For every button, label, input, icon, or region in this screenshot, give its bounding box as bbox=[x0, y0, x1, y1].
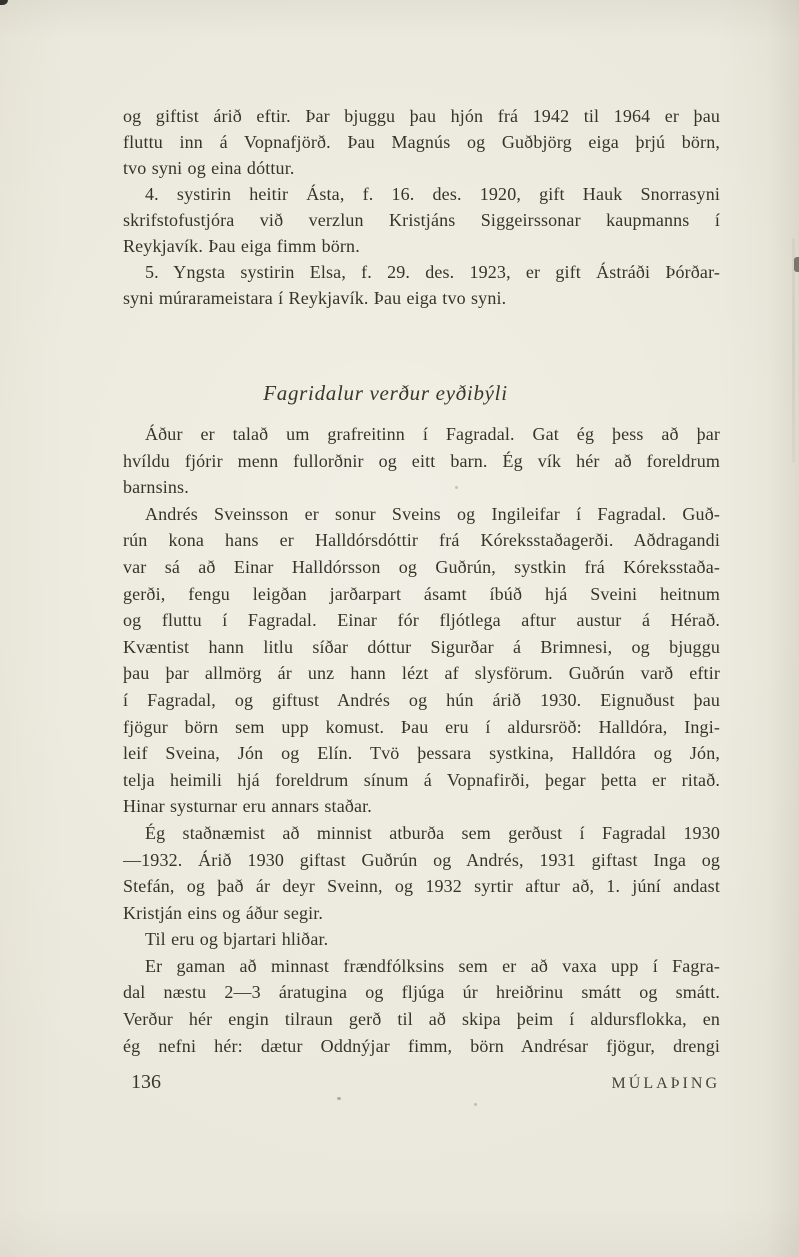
text-line: rún kona hans er Halldórsdóttir frá Kóre… bbox=[123, 527, 720, 554]
text-section-fagridalur: Áður er talað um grafreitinn í Fagradal.… bbox=[123, 421, 720, 1059]
scan-speck bbox=[455, 486, 458, 489]
text-line: Kvæntist hann litlu síðar dóttur Sigurða… bbox=[123, 634, 720, 661]
text-line: Ég staðnæmist að minnist atburða sem ger… bbox=[123, 820, 720, 847]
journal-title: MÚLAÞING bbox=[612, 1075, 720, 1093]
text-line: telja heimili hjá foreldrum sínum á Vopn… bbox=[123, 767, 720, 794]
text-line: dal næstu 2—3 áratugina og fljúga úr hre… bbox=[123, 979, 720, 1006]
text-section-continued: og giftist árið eftir. Þar bjuggu þau hj… bbox=[123, 103, 720, 311]
text-line: og fluttu í Fagradal. Einar fór fljótleg… bbox=[123, 607, 720, 634]
page-number: 136 bbox=[131, 1071, 161, 1094]
text-line: Reykjavík. Þau eiga fimm börn. bbox=[123, 233, 720, 259]
section-heading: Fagridalur verður eyðibýli bbox=[123, 381, 648, 406]
text-line: var sá að Einar Halldórsson og Guðrún, s… bbox=[123, 554, 720, 581]
text-line: Verður hér engin tilraun gerð til að ski… bbox=[123, 1006, 720, 1033]
text-line: leif Sveina, Jón og Elín. Tvö þessara sy… bbox=[123, 740, 720, 767]
text-line: tvo syni og eina dóttur. bbox=[123, 155, 720, 181]
scan-corner-artifact bbox=[0, 0, 8, 5]
text-line: —1932. Árið 1930 giftast Guðrún og André… bbox=[123, 847, 720, 874]
text-line: Stefán, og það ár deyr Sveinn, og 1932 s… bbox=[123, 873, 720, 900]
text-line: 5. Yngsta systirin Elsa, f. 29. des. 192… bbox=[123, 259, 720, 285]
book-page: og giftist árið eftir. Þar bjuggu þau hj… bbox=[0, 0, 799, 1257]
text-line: ég nefni hér: dætur Oddnýjar fimm, börn … bbox=[123, 1033, 720, 1060]
scan-speck bbox=[337, 1097, 341, 1100]
text-line: gerði, fengu leigðan jarðarpart ásamt íb… bbox=[123, 581, 720, 608]
scan-edge-band-artifact bbox=[792, 238, 795, 463]
text-line: Kristján eins og áður segir. bbox=[123, 900, 720, 927]
text-line: og giftist árið eftir. Þar bjuggu þau hj… bbox=[123, 103, 720, 129]
text-line: Andrés Sveinsson er sonur Sveins og Ingi… bbox=[123, 501, 720, 528]
text-line: Til eru og bjartari hliðar. bbox=[123, 926, 720, 953]
text-line: fluttu inn á Vopnafjörð. Þau Magnús og G… bbox=[123, 129, 720, 155]
text-line: syni múrarameistara í Reykjavík. Þau eig… bbox=[123, 285, 720, 311]
text-line: Áður er talað um grafreitinn í Fagradal.… bbox=[123, 421, 720, 448]
scan-speck bbox=[474, 1103, 477, 1106]
page-footer: 136 MÚLAÞING bbox=[123, 1071, 720, 1094]
text-line: þau þar allmörg ár unz hann lézt af slys… bbox=[123, 660, 720, 687]
text-line: Er gaman að minnast frændfólksins sem er… bbox=[123, 953, 720, 980]
text-line: barnsins. bbox=[123, 474, 720, 501]
text-line: 4. systirin heitir Ásta, f. 16. des. 192… bbox=[123, 181, 720, 207]
text-line: Hinar systurnar eru annars staðar. bbox=[123, 793, 720, 820]
text-line: fjögur börn sem upp komust. Þau eru í al… bbox=[123, 714, 720, 741]
scan-edge-tick-artifact bbox=[794, 257, 799, 272]
text-line: hvíldu fjórir menn fullorðnir og eitt ba… bbox=[123, 448, 720, 475]
text-line: skrifstofustjóra við verzlun Kristjáns S… bbox=[123, 207, 720, 233]
text-line: í Fagradal, og giftust Andrés og hún ári… bbox=[123, 687, 720, 714]
